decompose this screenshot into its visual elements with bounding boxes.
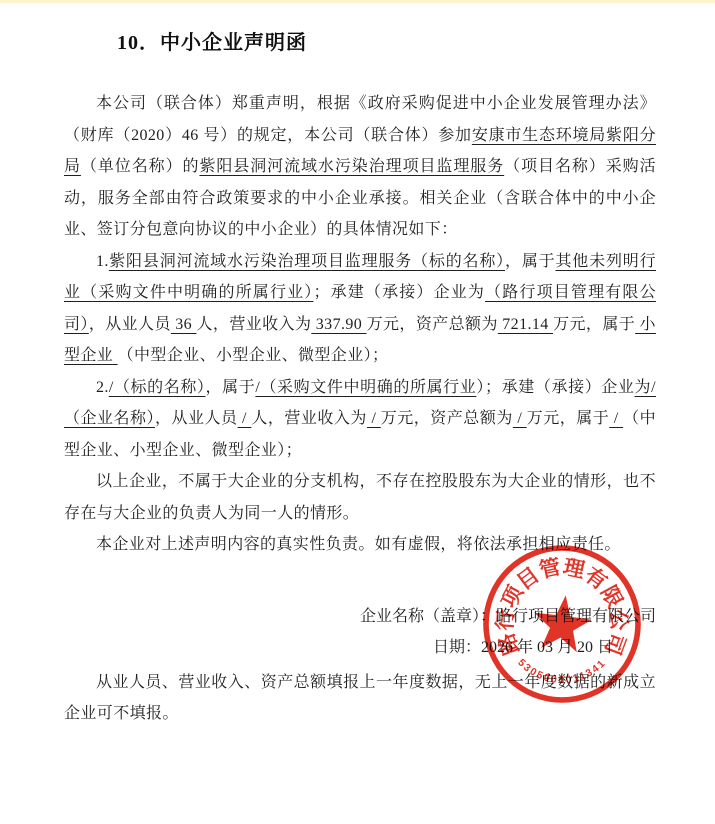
- text-run: 万元，属于: [527, 410, 610, 427]
- assets-value: 721.14: [498, 316, 553, 333]
- signature-block: 企业名称（盖章）：路行项目管理有限公司 日期：2026 年 03 月 20 日: [64, 601, 656, 664]
- enterprise-type-value-2: /: [609, 410, 623, 427]
- subject-name-field-2: /（标的名称）: [109, 379, 206, 396]
- revenue-value-2: /: [367, 410, 381, 427]
- employees-value: 36: [171, 316, 197, 333]
- paragraph-responsibility: 本企业对上述声明内容的真实性负责。如有虚假，将依法承担相应责任。: [64, 529, 656, 561]
- revenue-value: 337.90: [311, 316, 366, 333]
- text-run: ，从业人员: [89, 316, 171, 333]
- assets-value-2: /: [513, 410, 527, 427]
- paragraph-item2: 2./（标的名称），属于/（采购文件中明确的所属行业）；承建（承接）企业为/（企…: [64, 372, 656, 467]
- paragraph-intro: 本公司（联合体）郑重声明，根据《政府采购促进中小企业发展管理办法》（财库（202…: [64, 88, 656, 246]
- subject-name-field: 紫阳县洞河流域水污染治理项目监理服务（标的名称）: [109, 253, 505, 270]
- text-run: ）；承建（承接）企业: [476, 379, 634, 396]
- text-run: ，属于: [505, 253, 555, 270]
- document-content: 10．中小企业声明函 本公司（联合体）郑重声明，根据《政府采购促进中小企业发展管…: [64, 26, 656, 730]
- paragraph-not-subsidiary: 以上企业，不属于大企业的分支机构，不存在控股股东为大企业的情形，也不存在与大企业…: [64, 466, 656, 529]
- text-run: 万元，资产总额为: [381, 410, 513, 427]
- document-page: 10．中小企业声明函 本公司（联合体）郑重声明，根据《政府采购促进中小企业发展管…: [0, 0, 715, 824]
- text-run: （单位名称）的: [81, 158, 200, 175]
- document-title: 10．中小企业声明函: [117, 26, 656, 55]
- text-run: ；承建（承接）企业为: [313, 284, 485, 301]
- industry-field-2: /（采购文件中明确的所属行业: [255, 379, 476, 396]
- project-name-field: 紫阳县洞河流域水污染治理项目监理服务: [199, 158, 504, 175]
- paragraph-item1: 1.紫阳县洞河流域水污染治理项目监理服务（标的名称），属于其他未列明行业（采购文…: [64, 246, 656, 372]
- date-line: 日期：2026 年 03 月 20 日: [64, 632, 656, 664]
- top-edge-strip: [0, 0, 715, 3]
- item-number: 1.: [96, 253, 109, 270]
- text-run: ，从业人员: [155, 410, 238, 427]
- text-run: 万元，资产总额为: [367, 316, 498, 333]
- text-run: （中型企业、小型企业、微型企业）；: [118, 347, 389, 364]
- text-run: 人，营业收入为: [251, 410, 367, 427]
- employees-value-2: /: [238, 410, 252, 427]
- paragraph-note: 从业人员、营业收入、资产总额填报上一年度数据，无上一年度数据的新成立企业可不填报…: [64, 667, 656, 730]
- text-run: ，属于: [206, 379, 256, 396]
- item-number: 2.: [96, 379, 109, 396]
- company-seal-line: 企业名称（盖章）：路行项目管理有限公司: [64, 601, 656, 633]
- text-run: 万元，属于: [553, 316, 635, 333]
- text-run: 人，营业收入为: [197, 316, 312, 333]
